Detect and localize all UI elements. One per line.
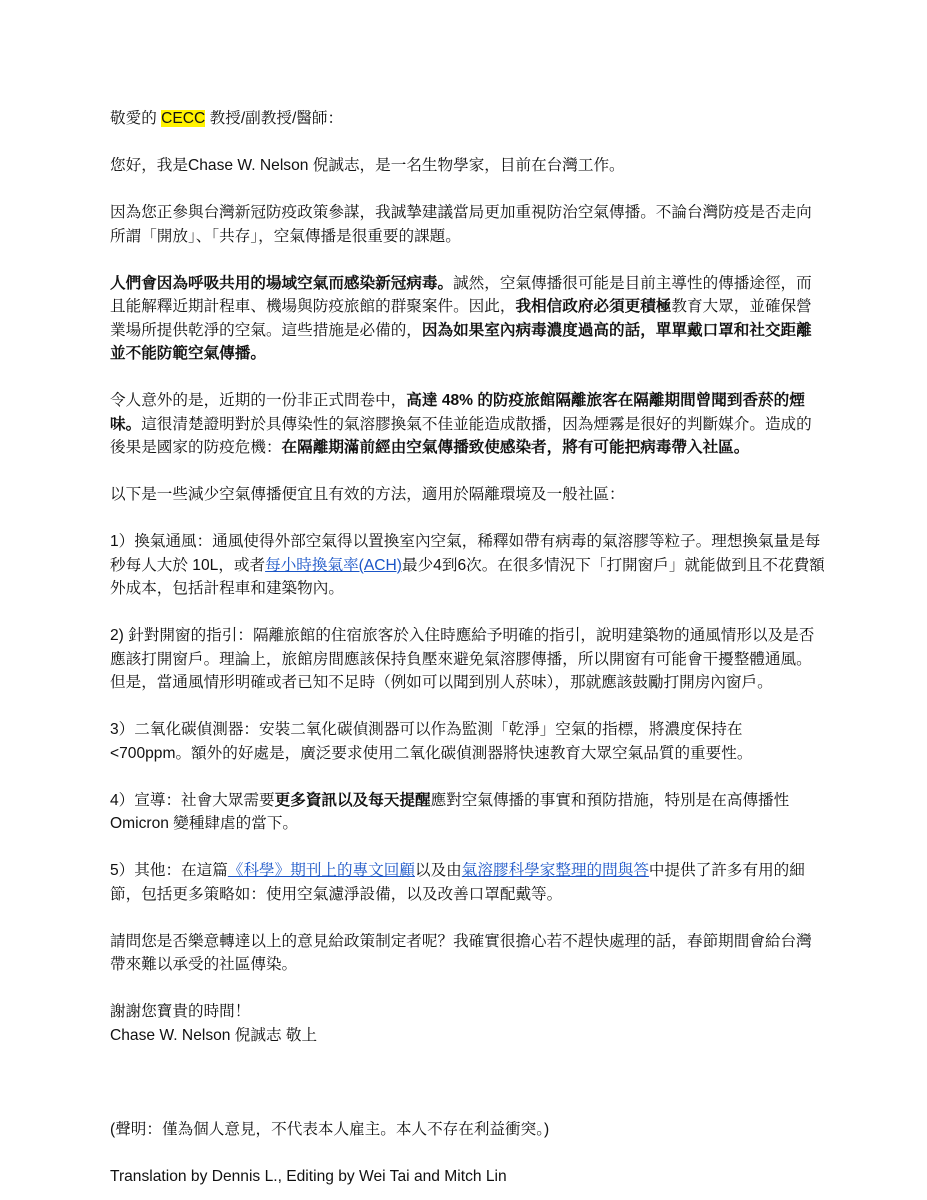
spacer — [110, 178, 825, 202]
spacer — [110, 248, 825, 272]
request-paragraph: 請問您是否樂意轉達以上的意見給政策制定者呢？我確實很擔心若不趕快處理的話，春節期… — [110, 930, 825, 977]
body-text: 4）宣導：社會大眾需要 — [110, 792, 275, 809]
disclaimer: (聲明：僅為個人意見，不代表本人雇主。本人不存在利益衝突。) — [110, 1118, 825, 1142]
spacer — [110, 460, 825, 484]
bold-text: 我相信政府必須更積極 — [515, 298, 671, 315]
greeting-suffix: 教授/副教授/醫師： — [205, 110, 343, 127]
list-item-outreach: 4）宣導：社會大眾需要更多資訊以及每天提醒應對空氣傳播的事實和預防措施，特別是在… — [110, 789, 825, 836]
spacer — [110, 836, 825, 860]
highlighted-cecc: CECC — [161, 110, 205, 127]
aerosol-faq-link[interactable]: 氣溶膠科學家整理的問與答 — [462, 862, 649, 879]
paragraph-1: 因為您正參與台灣新冠防疫政策參謀，我誠摯建議當局更加重視防治空氣傳播。不論台灣防… — [110, 201, 825, 248]
body-text: 5）其他：在這篇 — [110, 862, 228, 879]
spacer — [110, 1141, 825, 1165]
list-item-ventilation: 1）換氣通風：通風使得外部空氣得以置換室內空氣，稀釋如帶有病毒的氣溶膠等粒子。理… — [110, 530, 825, 601]
spacer — [110, 765, 825, 789]
closing-thanks: 謝謝您寶貴的時間！ — [110, 1000, 825, 1024]
translation-credits: Translation by Dennis L., Editing by Wei… — [110, 1165, 825, 1189]
spacer — [110, 601, 825, 625]
letter-document: 敬愛的 CECC 教授/副教授/醫師： 您好，我是Chase W. Nelson… — [110, 107, 825, 1188]
intro-paragraph: 您好，我是Chase W. Nelson 倪誠志，是一名生物學家，目前在台灣工作… — [110, 154, 825, 178]
spacer — [110, 695, 825, 719]
spacer — [110, 1047, 825, 1094]
body-text: 令人意外的是，近期的一份非正式問卷中， — [110, 392, 406, 409]
bold-text: 在隔離期滿前經由空氣傳播致使感染者，將有可能把病毒帶入社區。 — [282, 439, 750, 456]
spacer — [110, 366, 825, 390]
ach-link[interactable]: 每小時換氣率(ACH) — [265, 557, 402, 574]
signature: Chase W. Nelson 倪誠志 敬上 — [110, 1024, 825, 1048]
bold-text: 更多資訊以及每天提醒 — [275, 792, 431, 809]
list-item-other: 5）其他：在這篇《科學》期刊上的專文回顧以及由氣溶膠科學家整理的問與答中提供了許… — [110, 859, 825, 906]
body-text: 以及由 — [415, 862, 462, 879]
science-review-link[interactable]: 《科學》期刊上的專文回顧 — [228, 862, 415, 879]
paragraph-3: 令人意外的是，近期的一份非正式問卷中，高達 48% 的防疫旅館隔離旅客在隔離期間… — [110, 389, 825, 460]
list-item-co2-detector: 3）二氧化碳偵測器：安裝二氧化碳偵測器可以作為監測「乾淨」空氣的指標，將濃度保持… — [110, 718, 825, 765]
paragraph-2: 人們會因為呼吸共用的場域空氣而感染新冠病毒。誠然，空氣傳播很可能是目前主導性的傳… — [110, 272, 825, 366]
greeting-line: 敬愛的 CECC 教授/副教授/醫師： — [110, 107, 825, 131]
spacer — [110, 507, 825, 531]
spacer — [110, 977, 825, 1001]
spacer — [110, 906, 825, 930]
spacer — [110, 131, 825, 155]
list-intro: 以下是一些減少空氣傳播便宜且有效的方法，適用於隔離環境及一般社區： — [110, 483, 825, 507]
spacer — [110, 1094, 825, 1118]
greeting-prefix: 敬愛的 — [110, 110, 161, 127]
list-item-window-guidance: 2) 針對開窗的指引：隔離旅館的住宿旅客於入住時應給予明確的指引，說明建築物的通… — [110, 624, 825, 695]
bold-text: 人們會因為呼吸共用的場域空氣而感染新冠病毒。 — [110, 275, 453, 292]
